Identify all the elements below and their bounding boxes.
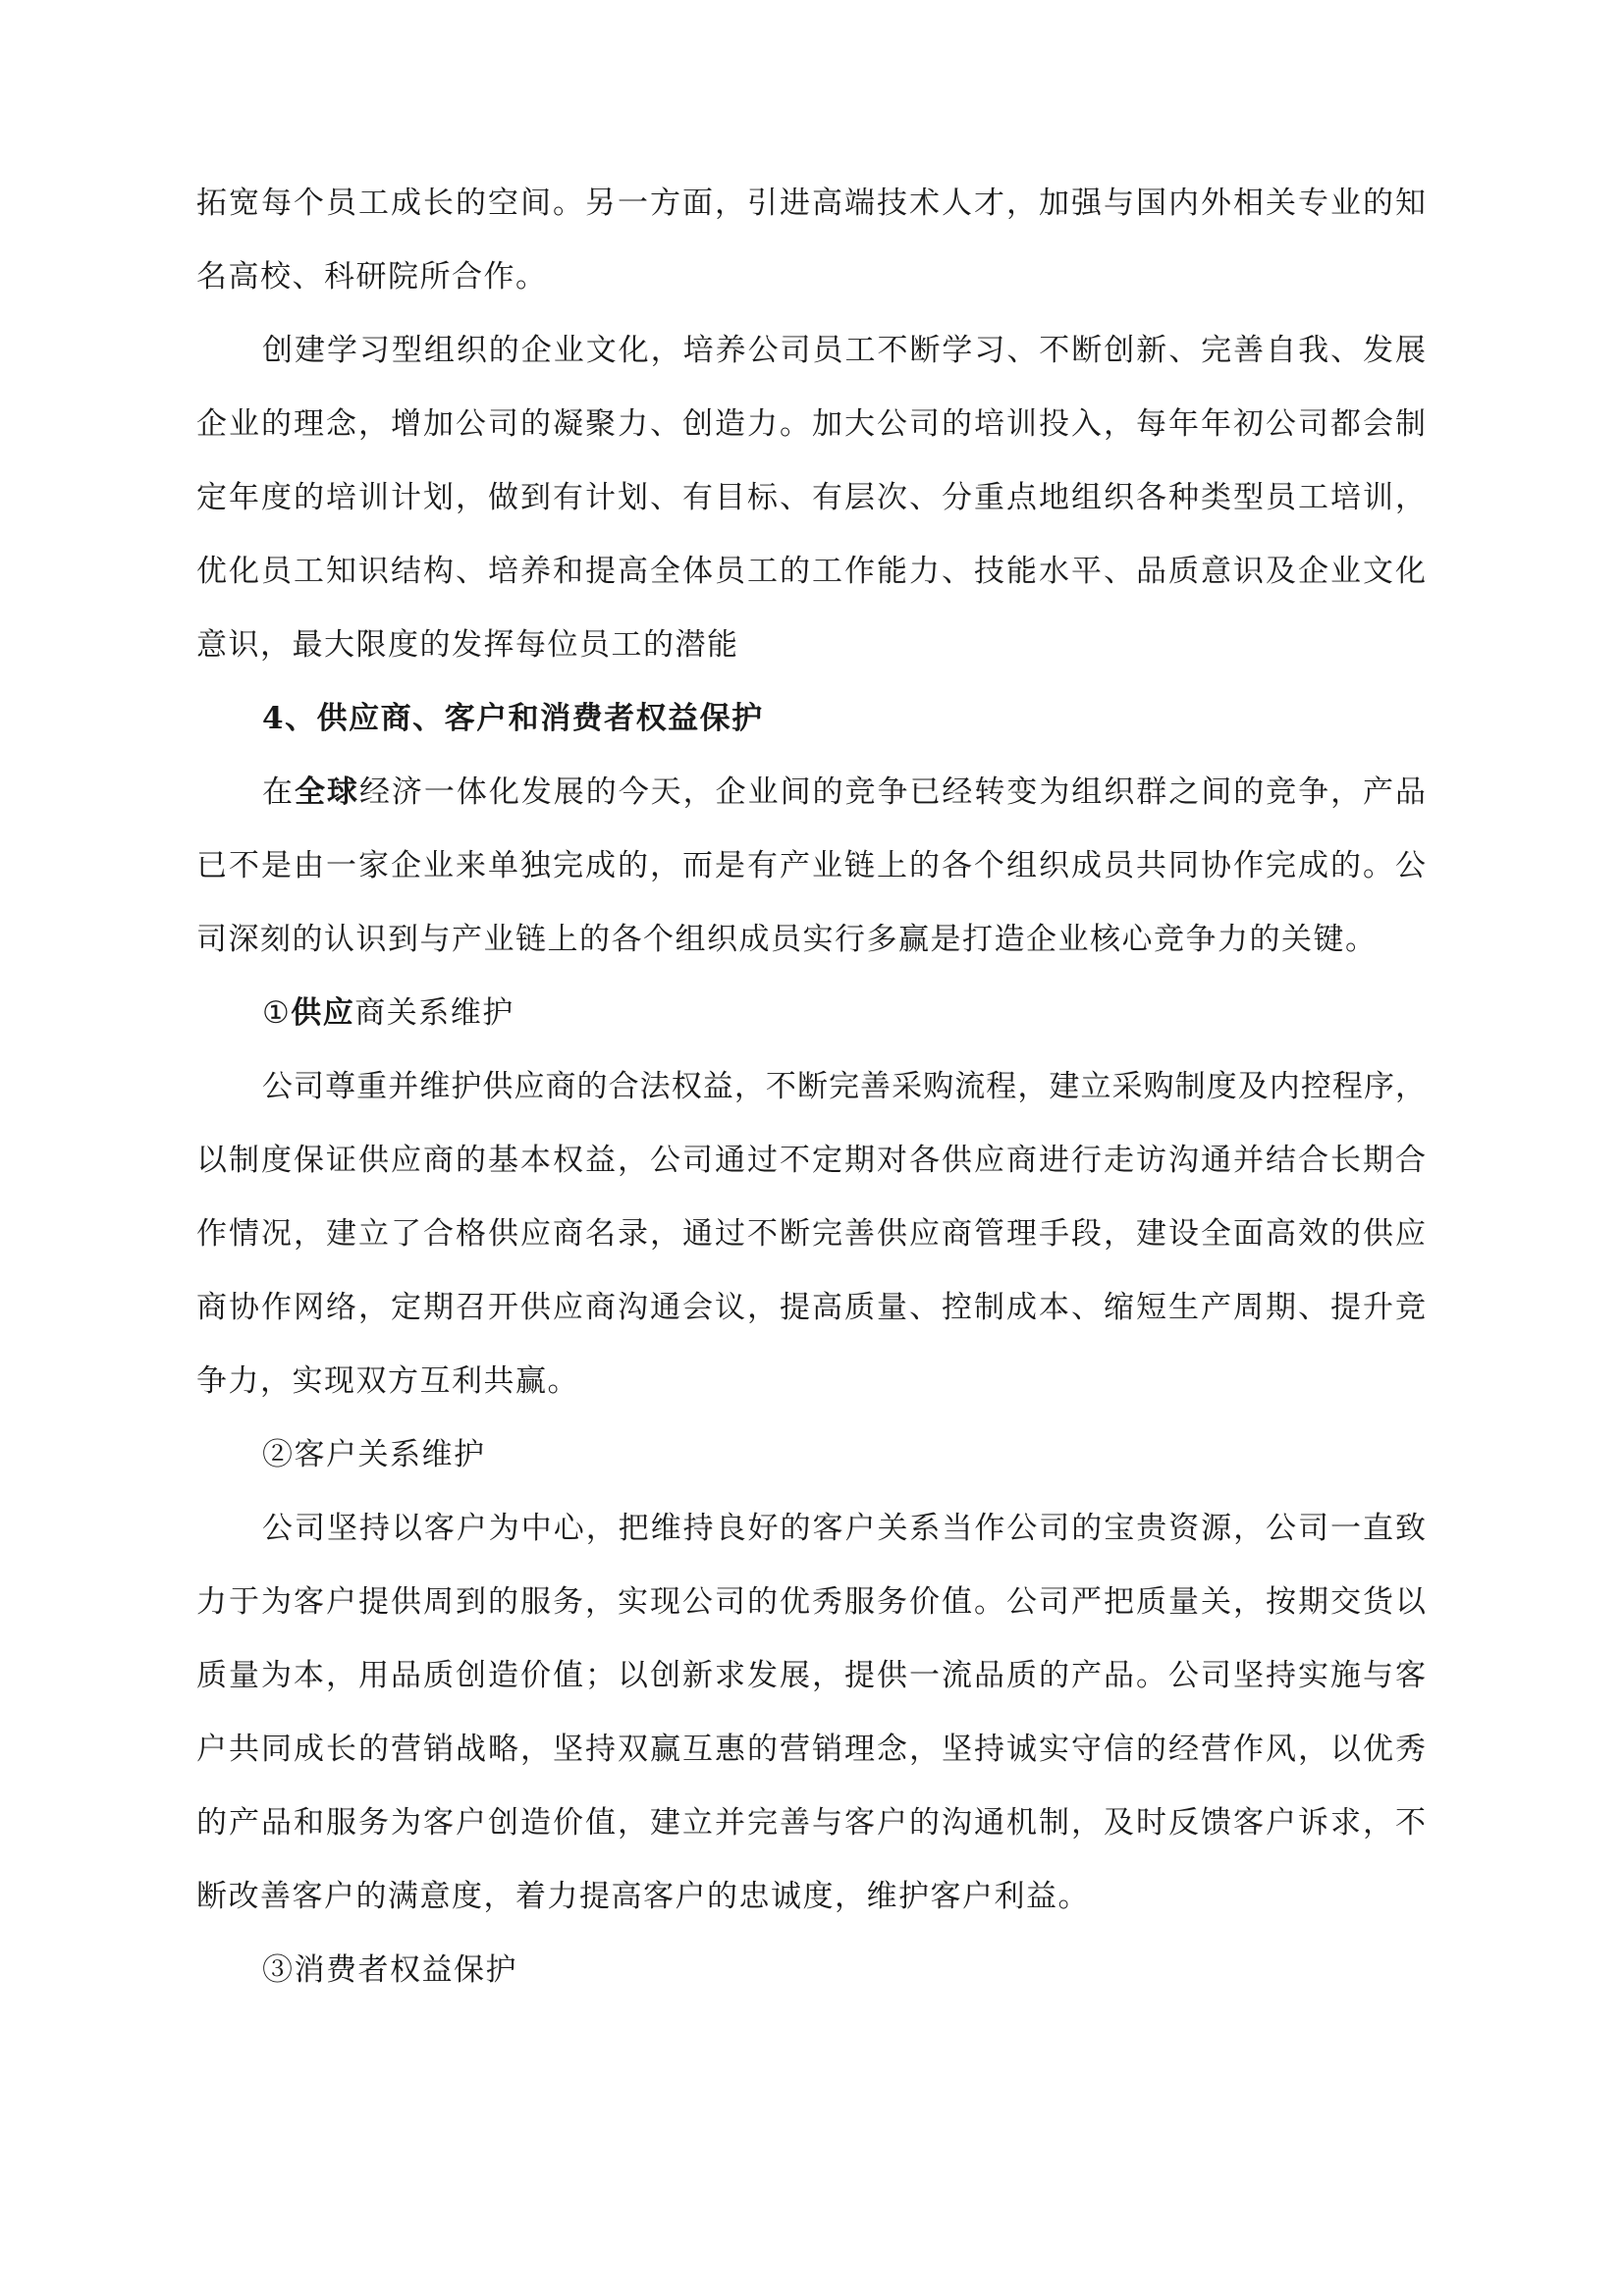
text-segment: 作情况，建立了合格供应商名录，通过不断完善供应商管理手段，建设全面高效的供应	[196, 1216, 1426, 1252]
body-line: 商协作网络，定期召开供应商沟通会议，提高质量、控制成本、缩短生产周期、提升竞	[196, 1271, 1426, 1345]
text-segment: ①	[262, 995, 291, 1031]
text-segment: 创建学习型组织的企业文化，培养公司员工不断学习、不断创新、完善自我、发展	[262, 333, 1426, 368]
bold-text: 全球	[295, 774, 359, 810]
bold-text: 供应	[291, 995, 354, 1031]
text-segment: 经济一体化发展的今天，企业间的竞争已经转变为组织群之间的竞争，产品	[359, 774, 1426, 810]
text-segment: 公司坚持以客户为中心，把维持良好的客户关系当作公司的宝贵资源，公司一直致	[262, 1511, 1426, 1546]
text-segment: 已不是由一家企业来单独完成的，而是有产业链上的各个组织成员共同协作完成的。公	[196, 848, 1426, 883]
subsection-heading: ③消费者权益保护	[196, 1934, 1426, 2007]
paragraph-line: 公司坚持以客户为中心，把维持良好的客户关系当作公司的宝贵资源，公司一直致	[196, 1492, 1426, 1566]
text-segment: 商协作网络，定期召开供应商沟通会议，提高质量、控制成本、缩短生产周期、提升竞	[196, 1290, 1426, 1325]
text-segment: 户共同成长的营销战略，坚持双赢互惠的营销理念，坚持诚实守信的经营作风，以优秀	[196, 1732, 1426, 1767]
document-page: 拓宽每个员工成长的空间。另一方面，引进高端技术人才，加强与国内外相关专业的知名高…	[0, 0, 1624, 2296]
body-line: 优化员工知识结构、培养和提高全体员工的工作能力、技能水平、品质意识及企业文化	[196, 535, 1426, 609]
text-segment: 公司尊重并维护供应商的合法权益，不断完善采购流程，建立采购制度及内控程序，	[262, 1069, 1426, 1104]
text-segment: 断改善客户的满意度，着力提高客户的忠诚度，维护客户利益。	[196, 1879, 1090, 1914]
text-segment: 争力，实现双方互利共赢。	[196, 1363, 579, 1399]
text-segment: ③消费者权益保护	[262, 1952, 517, 1988]
paragraph-line: 公司尊重并维护供应商的合法权益，不断完善采购流程，建立采购制度及内控程序，	[196, 1050, 1426, 1124]
body-line: 意识，最大限度的发挥每位员工的潜能	[196, 609, 1426, 682]
text-segment: 商关系维护	[354, 995, 514, 1031]
body-line: 作情况，建立了合格供应商名录，通过不断完善供应商管理手段，建设全面高效的供应	[196, 1198, 1426, 1271]
text-segment: 力于为客户提供周到的服务，实现公司的优秀服务价值。公司严把质量关，按期交货以	[196, 1584, 1426, 1620]
text-segment: 定年度的培训计划，做到有计划、有目标、有层次、分重点地组织各种类型员工培训，	[196, 480, 1426, 515]
bold-text: 4、供应商、客户和消费者权益保护	[262, 701, 764, 736]
body-line: 名高校、科研院所合作。	[196, 240, 1426, 314]
body-line: 拓宽每个员工成长的空间。另一方面，引进高端技术人才，加强与国内外相关专业的知	[196, 167, 1426, 240]
subsection-heading: ①供应商关系维护	[196, 977, 1426, 1050]
paragraph-line: 在全球经济一体化发展的今天，企业间的竞争已经转变为组织群之间的竞争，产品	[196, 756, 1426, 829]
text-segment: 企业的理念，增加公司的凝聚力、创造力。加大公司的培训投入，每年年初公司都会制	[196, 406, 1426, 442]
subsection-heading: ②客户关系维护	[196, 1418, 1426, 1492]
paragraph-line: 创建学习型组织的企业文化，培养公司员工不断学习、不断创新、完善自我、发展	[196, 314, 1426, 388]
text-segment: 司深刻的认识到与产业链上的各个组织成员实行多赢是打造企业核心竞争力的关键。	[196, 922, 1378, 957]
body-line: 断改善客户的满意度，着力提高客户的忠诚度，维护客户利益。	[196, 1860, 1426, 1934]
text-segment: 的产品和服务为客户创造价值，建立并完善与客户的沟通机制，及时反馈客户诉求，不	[196, 1805, 1426, 1841]
text-segment: 质量为本，用品质创造价值；以创新求发展，提供一流品质的产品。公司坚持实施与客	[196, 1658, 1426, 1693]
section-heading: 4、供应商、客户和消费者权益保护	[196, 682, 1426, 756]
text-segment: 优化员工知识结构、培养和提高全体员工的工作能力、技能水平、品质意识及企业文化	[196, 554, 1426, 589]
body-line: 力于为客户提供周到的服务，实现公司的优秀服务价值。公司严把质量关，按期交货以	[196, 1566, 1426, 1639]
body-line: 定年度的培训计划，做到有计划、有目标、有层次、分重点地组织各种类型员工培训，	[196, 461, 1426, 535]
text-segment: 拓宽每个员工成长的空间。另一方面，引进高端技术人才，加强与国内外相关专业的知	[196, 186, 1426, 221]
body-line: 企业的理念，增加公司的凝聚力、创造力。加大公司的培训投入，每年年初公司都会制	[196, 388, 1426, 461]
body-line: 争力，实现双方互利共赢。	[196, 1345, 1426, 1418]
body-line: 的产品和服务为客户创造价值，建立并完善与客户的沟通机制，及时反馈客户诉求，不	[196, 1787, 1426, 1860]
text-segment: 名高校、科研院所合作。	[196, 259, 548, 294]
text-segment: 在	[262, 774, 295, 810]
body-line: 以制度保证供应商的基本权益，公司通过不定期对各供应商进行走访沟通并结合长期合	[196, 1124, 1426, 1198]
text-segment: 以制度保证供应商的基本权益，公司通过不定期对各供应商进行走访沟通并结合长期合	[196, 1143, 1426, 1178]
text-segment: 意识，最大限度的发挥每位员工的潜能	[196, 627, 739, 663]
body-line: 户共同成长的营销战略，坚持双赢互惠的营销理念，坚持诚实守信的经营作风，以优秀	[196, 1713, 1426, 1787]
body-line: 质量为本，用品质创造价值；以创新求发展，提供一流品质的产品。公司坚持实施与客	[196, 1639, 1426, 1713]
body-line: 司深刻的认识到与产业链上的各个组织成员实行多赢是打造企业核心竞争力的关键。	[196, 903, 1426, 977]
document-body: 拓宽每个员工成长的空间。另一方面，引进高端技术人才，加强与国内外相关专业的知名高…	[196, 167, 1426, 2007]
text-segment: ②客户关系维护	[262, 1437, 486, 1472]
body-line: 已不是由一家企业来单独完成的，而是有产业链上的各个组织成员共同协作完成的。公	[196, 829, 1426, 903]
